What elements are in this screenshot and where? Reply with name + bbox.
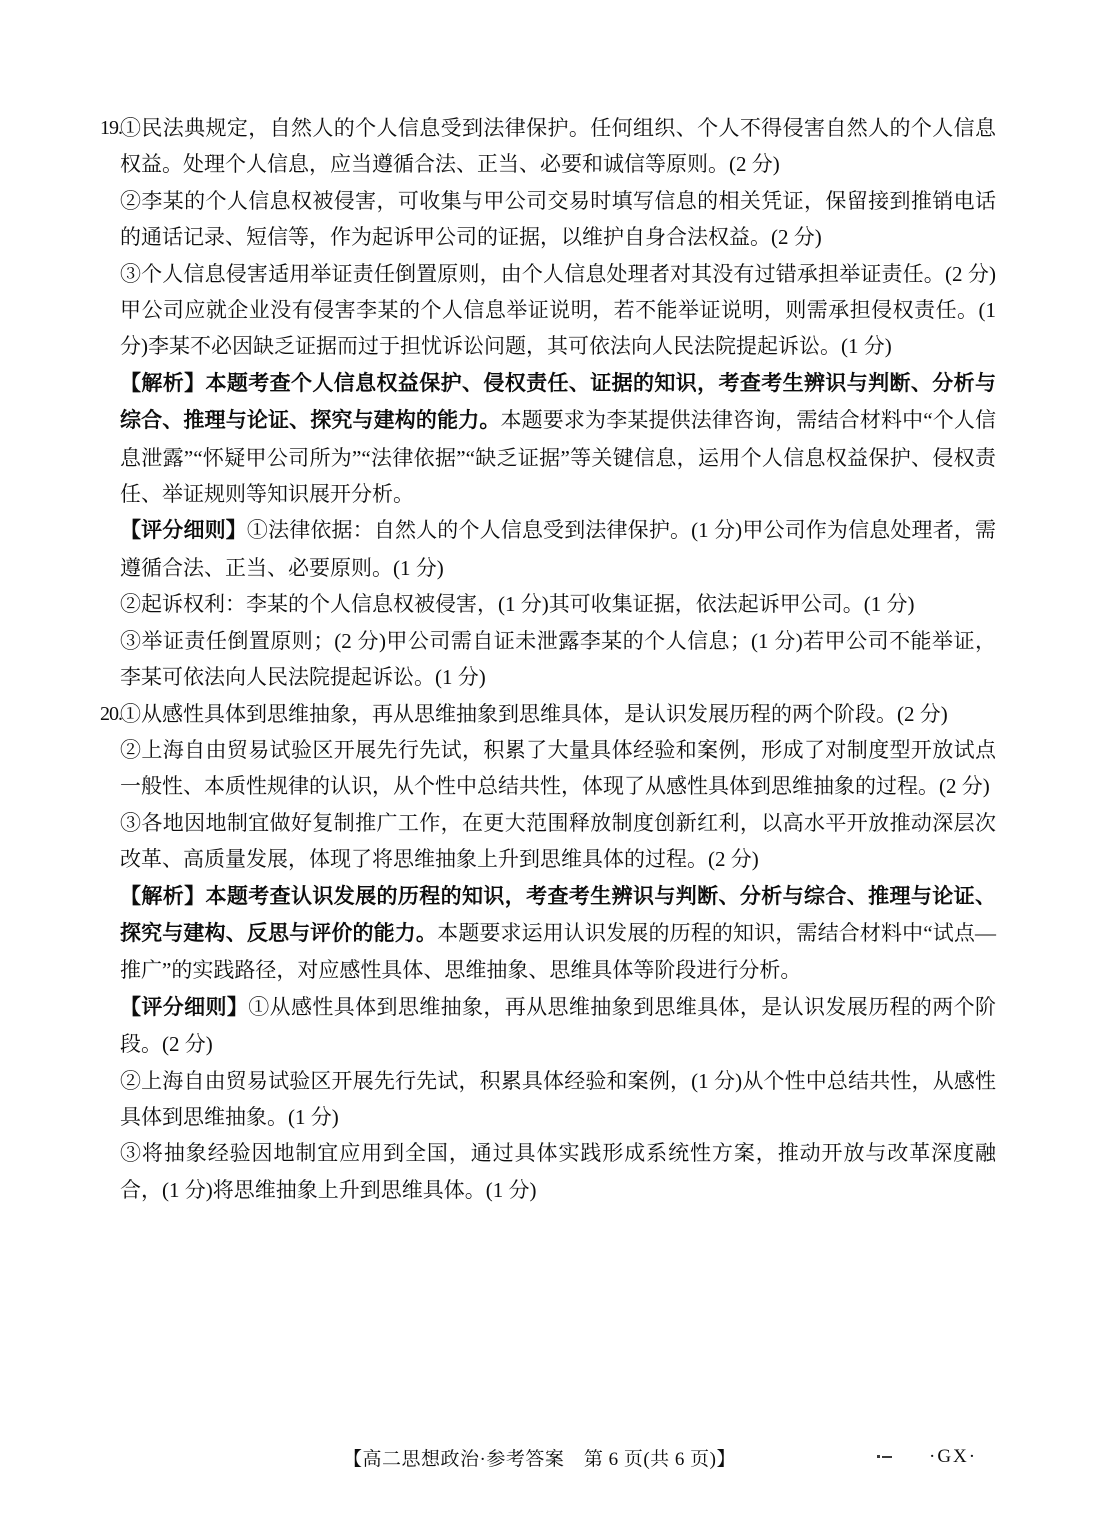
question-number: 20. — [100, 696, 120, 732]
question-20: 20.①从感性具体到思维抽象，再从思维抽象到思维具体，是认识发展历程的两个阶段。… — [120, 696, 996, 1209]
question-19: 19.①民法典规定，自然人的个人信息受到法律保护。任何组织、个人不得侵害自然人的… — [120, 110, 996, 696]
text-run: ③各地因地制宜做好复制推广工作，在更大范围释放制度创新红利，以高水平开放推动深层… — [120, 811, 996, 871]
bold-text-run: 【评分细则】 — [120, 996, 248, 1019]
answer-key-page: 19.①民法典规定，自然人的个人信息受到法律保护。任何组织、个人不得侵害自然人的… — [0, 0, 1093, 1536]
question-number: 19. — [100, 110, 120, 146]
text-run: ①从感性具体到思维抽象，再从思维抽象到思维具体，是认识发展历程的两个阶段。(2 … — [120, 995, 996, 1056]
answer-point-3: ③个人信息侵害适用举证责任倒置原则，由个人信息处理者对其没有过错承担举证责任。(… — [120, 256, 996, 365]
analysis: 【解析】本题考查个人信息权益保护、侵权责任、证据的知识，考查考生辨识与判断、分析… — [120, 365, 996, 513]
scoring-detail-3: ③举证责任倒置原则；(2 分)甲公司需自证未泄露李某的个人信息；(1 分)若甲公… — [120, 623, 996, 696]
scoring-detail-1: 【评分细则】①从感性具体到思维抽象，再从思维抽象到思维具体，是认识发展历程的两个… — [120, 989, 996, 1063]
text-run: ②上海自由贸易试验区开展先行先试，积累具体经验和案例，(1 分)从个性中总结共性… — [120, 1069, 996, 1129]
scoring-detail-2: ②起诉权利：李某的个人信息权被侵害，(1 分)其可收集证据，依法起诉甲公司。(1… — [120, 586, 996, 622]
print-artifact — [877, 1450, 895, 1460]
analysis: 【解析】本题考查认识发展的历程的知识，考查考生辨识与判断、分析与综合、推理与论证… — [120, 878, 996, 989]
print-artifact-dash-icon — [882, 1456, 892, 1458]
footer-region-code: ·GX· — [929, 1446, 977, 1468]
scoring-detail-1: 【评分细则】①法律依据：自然人的个人信息受到法律保护。(1 分)甲公司作为信息处… — [120, 512, 996, 586]
text-run: ③举证责任倒置原则；(2 分)甲公司需自证未泄露李某的个人信息；(1 分)若甲公… — [120, 629, 996, 689]
answers-content: 19.①民法典规定，自然人的个人信息受到法律保护。任何组织、个人不得侵害自然人的… — [120, 110, 996, 1208]
text-run: ②上海自由贸易试验区开展先行先试，积累了大量具体经验和案例，形成了对制度型开放试… — [120, 738, 996, 798]
print-artifact-dot-icon — [877, 1455, 880, 1458]
text-run: ②李某的个人信息权被侵害，可收集与甲公司交易时填写信息的相关凭证，保留接到推销电… — [120, 189, 996, 249]
text-run: ③将抽象经验因地制宜应用到全国，通过具体实践形成系统性方案，推动开放与改革深度融… — [120, 1141, 996, 1201]
scoring-detail-3: ③将抽象经验因地制宜应用到全国，通过具体实践形成系统性方案，推动开放与改革深度融… — [120, 1135, 996, 1208]
answer-point-1: 20.①从感性具体到思维抽象，再从思维抽象到思维具体，是认识发展历程的两个阶段。… — [120, 696, 996, 732]
answer-point-2: ②李某的个人信息权被侵害，可收集与甲公司交易时填写信息的相关凭证，保留接到推销电… — [120, 183, 996, 256]
answer-point-2: ②上海自由贸易试验区开展先行先试，积累了大量具体经验和案例，形成了对制度型开放试… — [120, 732, 996, 805]
footer-title: 【高二思想政治·参考答案 第 6 页(共 6 页)】 — [343, 1444, 736, 1471]
text-run: ①民法典规定，自然人的个人信息受到法律保护。任何组织、个人不得侵害自然人的个人信… — [120, 116, 996, 176]
text-run: ②起诉权利：李某的个人信息权被侵害，(1 分)其可收集证据，依法起诉甲公司。(1… — [120, 592, 914, 616]
text-run: ③个人信息侵害适用举证责任倒置原则，由个人信息处理者对其没有过错承担举证责任。(… — [120, 262, 996, 359]
bold-text-run: 【评分细则】 — [120, 519, 247, 542]
answer-point-1: 19.①民法典规定，自然人的个人信息受到法律保护。任何组织、个人不得侵害自然人的… — [120, 110, 996, 183]
scoring-detail-2: ②上海自由贸易试验区开展先行先试，积累具体经验和案例，(1 分)从个性中总结共性… — [120, 1063, 996, 1136]
text-run: ①从感性具体到思维抽象，再从思维抽象到思维具体，是认识发展历程的两个阶段。(2 … — [120, 702, 948, 726]
text-run: ①法律依据：自然人的个人信息受到法律保护。(1 分)甲公司作为信息处理者，需遵循… — [120, 518, 996, 579]
answer-point-3: ③各地因地制宜做好复制推广工作，在更大范围释放制度创新红利，以高水平开放推动深层… — [120, 805, 996, 878]
